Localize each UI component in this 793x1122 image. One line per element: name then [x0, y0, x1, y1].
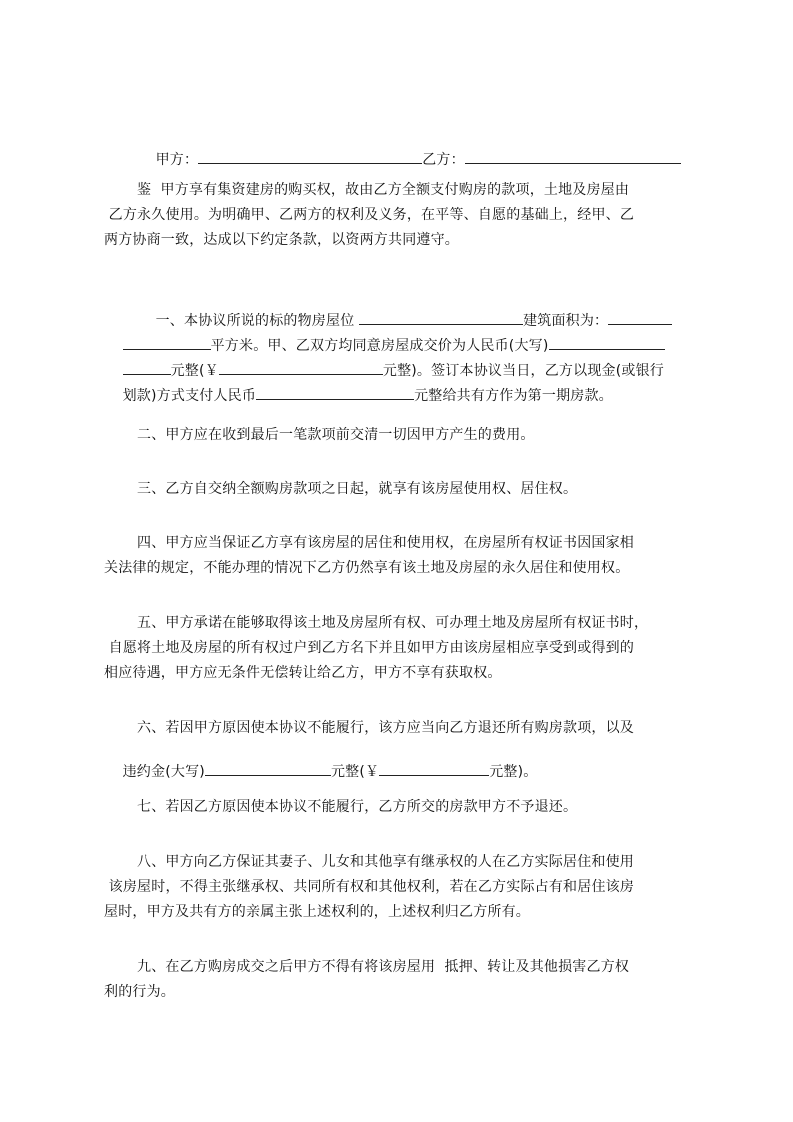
clause-8-line-1: 八、甲方向乙方保证其妻子、儿女和其他享有继承权的人在乙方实际居住和使用 [137, 853, 634, 871]
party-b-label: 乙方： [422, 152, 465, 168]
clause-6-line-1: 六、若因甲方原因使本协议不能履行，该方应当向乙方退还所有购房款项，以及 [137, 719, 634, 737]
parties-line: 甲方：乙方： [137, 132, 681, 187]
penalty-number-blank[interactable] [379, 762, 489, 776]
clause-5-line-2: 自愿将土地及房屋的所有权过户到乙方名下并且如甲方由该房屋相应享受到或得到的 [104, 639, 634, 657]
clause-4-line-2: 关法律的规定，不能办理的情况下乙方仍然享有该土地及房屋的永久居住和使用权。 [104, 559, 629, 577]
party-a-label: 甲方： [156, 152, 199, 168]
clause-6-text-a: 违约金(大写) [123, 764, 205, 780]
preamble-line-1: 鉴 甲方享有集资建房的购买权，故由乙方全额支付购房的款项，土地及房屋由 [137, 181, 629, 199]
clause-8-line-2: 该房屋时，不得主张继承权、共同所有权和其他权利，若在乙方实际占有和居住该房 [104, 878, 634, 896]
party-a-blank[interactable] [198, 150, 422, 164]
preamble-line-2: 乙方永久使用。为明确甲、乙两方的权利及义务，在平等、自愿的基础上，经甲、乙 [104, 206, 634, 224]
clause-5-line-3: 相应待遇，甲方应无条件无偿转让给乙方，甲方不享有获取权。 [104, 664, 502, 682]
clause-1-line-4: 划款)方式支付人民币元整给共有方作为第一期房款。 [104, 368, 613, 423]
clause-1-text-f: 划款)方式支付人民币 [123, 388, 256, 404]
clause-4-line-1: 四、甲方应当保证乙方享有该房屋的居住和使用权，在房屋所有权证书因国家相 [137, 534, 634, 552]
party-b-blank[interactable] [465, 150, 681, 164]
clause-5-line-1: 五、甲方承诺在能够取得该土地及房屋所有权、可办理土地及房屋所有权证书时， [137, 614, 648, 632]
clause-6-line-2: 违约金(大写)元整(￥元整)。 [104, 744, 537, 799]
clause-7: 七、若因乙方原因使本协议不能履行，乙方所交的房款甲方不予退还。 [137, 798, 577, 816]
clause-9-line-1: 九、在乙方购房成交之后甲方不得有将该房屋用 抵押、转让及其他损害乙方权 [137, 958, 629, 976]
clause-6-text-b: 元整(￥ [331, 764, 379, 780]
penalty-words-blank[interactable] [205, 762, 331, 776]
clause-1-text-g: 元整给共有方作为第一期房款。 [414, 388, 613, 404]
clause-9-line-2: 利的行为。 [104, 983, 175, 1001]
clause-3: 三、乙方自交纳全额购房款项之日起，就享有该房屋使用权、居住权。 [137, 480, 577, 498]
clause-6-text-c: 元整)。 [489, 764, 537, 780]
first-payment-blank[interactable] [256, 386, 414, 400]
clause-8-line-3: 屋时，甲方及共有方的亲属主张上述权利的，上述权利归乙方所有。 [104, 903, 530, 921]
clause-2: 二、甲方应在收到最后一笔款项前交清一切因甲方产生的费用。 [137, 426, 535, 444]
preamble-line-3: 两方协商一致，达成以下约定条款，以资两方共同遵守。 [104, 231, 459, 249]
